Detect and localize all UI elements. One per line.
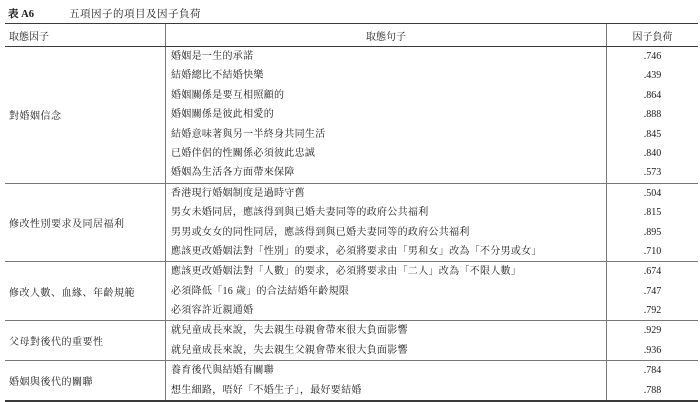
sentence-cell: 必須降低「16 歲」的合法結婚年齡規限 — [166, 282, 606, 301]
sentence-cell: 結婚總比不結婚快樂 — [166, 66, 606, 85]
sentence-cell: 想生細路，唔好「不婚生子」，最好要結婚 — [166, 381, 606, 400]
factor-loadings-table: 取態因子 取態句子 因子負荷 對婚姻信念 婚姻是一生的承諾 結婚總比不結婚快樂 … — [5, 23, 698, 402]
loading-cell: .674 — [607, 262, 698, 281]
sentence-cell: 婚姻為生活各方面帶來保障 — [166, 163, 606, 182]
sentence-cell: 應該更改婚姻法對「性別」的要求，必須將要求由「男和女」改為「不分男或女」 — [166, 242, 606, 261]
loading-cell: .864 — [607, 86, 698, 105]
loading-cell: .815 — [607, 203, 698, 222]
sentence-cell: 男男或女女的同性同居，應該得到與已婚夫妻同等的政府公共福利 — [166, 223, 606, 242]
factor-group-gender-cohabitation: 修改性別要求及同居福利 香港現行婚姻制度是過時守舊 男女未婚同居，應該得到與已婚… — [5, 184, 698, 263]
loading-cell: .845 — [607, 125, 698, 144]
factor-group-marriage-beliefs: 對婚姻信念 婚姻是一生的承諾 結婚總比不結婚快樂 婚姻關係是要互相照顧的 婚姻關… — [5, 47, 698, 184]
factor-cell: 修改性別要求及同居福利 — [5, 184, 165, 262]
sentence-cell: 婚姻關係是彼此相愛的 — [166, 105, 606, 124]
loading-cell: .792 — [607, 301, 698, 320]
sentence-cell: 就兒童成長來說，失去親生母親會帶來很大負面影響 — [166, 321, 606, 340]
table-header-row: 取態因子 取態句子 因子負荷 — [5, 24, 698, 47]
sentence-cell: 婚姻關係是要互相照顧的 — [166, 86, 606, 105]
table-caption: 表 A6 五項因子的項目及因子負荷 — [0, 0, 700, 23]
sentence-cell: 已婚伴侶的性關係必須彼此忠誠 — [166, 144, 606, 163]
header-sentence: 取態句子 — [165, 24, 607, 46]
loading-cell: .936 — [607, 341, 698, 360]
loading-cell: .895 — [607, 223, 698, 242]
factor-group-number-blood-age: 修改人數、血緣、年齡規範 應該更改婚姻法對「人數」的要求，必須將要求由「二人」改… — [5, 262, 698, 321]
loading-cell: .573 — [607, 163, 698, 182]
factor-cell: 修改人數、血緣、年齡規範 — [5, 262, 165, 320]
loading-cell: .784 — [607, 361, 698, 380]
sentence-cell: 男女未婚同居，應該得到與已婚夫妻同等的政府公共福利 — [166, 203, 606, 222]
sentence-cell: 香港現行婚姻制度是過時守舊 — [166, 184, 606, 203]
header-factor: 取態因子 — [5, 24, 165, 46]
factor-group-marriage-offspring: 婚姻與後代的關聯 養育後代與結婚有關聯 想生細路，唔好「不婚生子」，最好要結婚 … — [5, 361, 698, 400]
loading-cell: .888 — [607, 105, 698, 124]
loading-cell: .747 — [607, 282, 698, 301]
loading-cell: .746 — [607, 47, 698, 66]
loading-cell: .439 — [607, 66, 698, 85]
sentence-cell: 結婚意味著與另一半終身共同生活 — [166, 125, 606, 144]
table-title: 五項因子的項目及因子負荷 — [69, 6, 201, 21]
sentence-cell: 應該更改婚姻法對「人數」的要求，必須將要求由「二人」改為「不限人數」 — [166, 262, 606, 281]
factor-group-parents-importance: 父母對後代的重要性 就兒童成長來說，失去親生母親會帶來很大負面影響 就兒童成長來… — [5, 321, 698, 361]
loading-cell: .840 — [607, 144, 698, 163]
loading-cell: .929 — [607, 321, 698, 340]
sentence-cell: 婚姻是一生的承諾 — [166, 47, 606, 66]
sentence-cell: 必須容許近親通婚 — [166, 301, 606, 320]
loading-cell: .504 — [607, 184, 698, 203]
factor-cell: 對婚姻信念 — [5, 47, 165, 183]
sentence-cell: 就兒童成長來說，失去親生父親會帶來很大負面影響 — [166, 341, 606, 360]
factor-cell: 婚姻與後代的關聯 — [5, 361, 165, 400]
loading-cell: .710 — [607, 242, 698, 261]
sentence-cell: 養育後代與結婚有關聯 — [166, 361, 606, 380]
header-loading: 因子負荷 — [607, 24, 698, 46]
factor-cell: 父母對後代的重要性 — [5, 321, 165, 360]
table-label: 表 A6 — [8, 6, 69, 21]
loading-cell: .788 — [607, 381, 698, 400]
document-page: 表 A6 五項因子的項目及因子負荷 取態因子 取態句子 因子負荷 對婚姻信念 婚… — [0, 0, 700, 402]
